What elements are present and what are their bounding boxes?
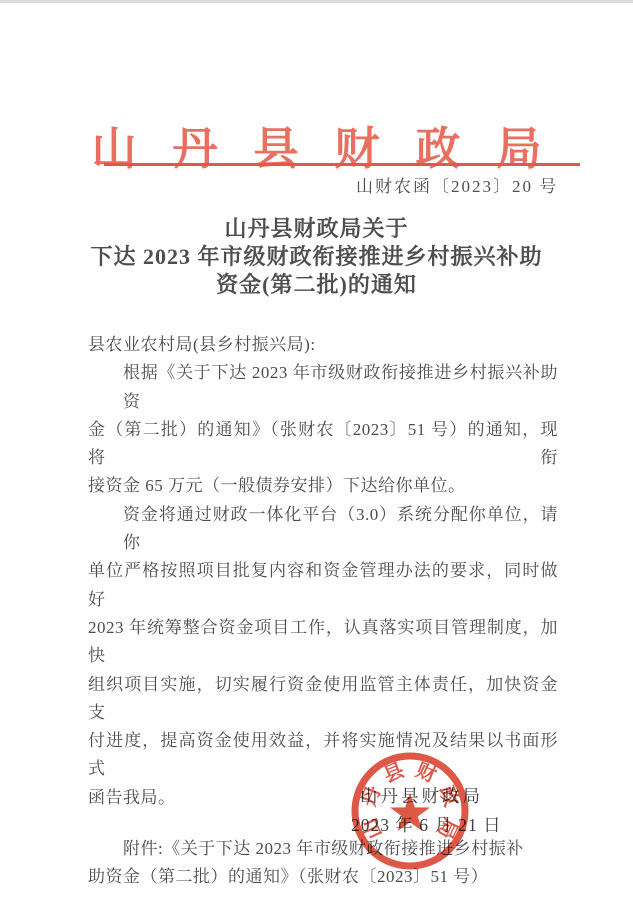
paragraph-1-line-1: 根据《关于下达 2023 年市级财政衔接推进乡村振兴补助资 (88, 359, 558, 416)
signoff-date: 2023 年 6 月 21 日 (351, 811, 502, 840)
paragraph-2-line-1: 资金将通过财政一体化平台（3.0）系统分配你单位，请你 (88, 501, 558, 558)
signoff-block: 山丹县财政局 2023 年 6 月 21 日 (351, 782, 502, 840)
notice-title-line-1: 山丹县财政局关于 (0, 215, 633, 243)
paragraph-2-line-2: 单位严格按照项目批复内容和资金管理办法的要求，同时做好 (88, 557, 558, 614)
paragraph-1-line-2: 金（第二批）的通知》（张财农〔2023〕51 号）的通知，现将衔 (88, 416, 558, 473)
letterhead-agency-name: 山丹县财政局 (0, 112, 633, 177)
paragraph-2-line-5: 付进度，提高资金使用效益，并将实施情况及结果以书面形式 (88, 727, 558, 784)
paragraph-2-line-4: 组织项目实施，切实履行资金使用监管主体责任，加快资金支 (88, 671, 558, 728)
attachment-line-2: 助资金（第二批）的通知》（张财农〔2023〕51 号） (88, 863, 558, 891)
notice-title-line-2: 下达 2023 年市级财政衔接推进乡村振兴补助 (0, 243, 633, 271)
scan-edge-strip (0, 0, 633, 3)
document-page: 山丹县财政局 山财农函〔2023〕20 号 山丹县财政局关于 下达 2023 年… (0, 0, 633, 898)
notice-title-line-3: 资金(第二批)的通知 (0, 271, 633, 299)
letterhead-divider (104, 163, 580, 166)
paragraph-2-line-3: 2023 年统筹整合资金项目工作，认真落实项目管理制度，加快 (88, 614, 558, 671)
document-reference-number: 山财农函〔2023〕20 号 (356, 172, 558, 197)
signoff-agency-name: 山丹县财政局 (351, 782, 502, 811)
paragraph-1-line-3: 接资金 65 万元（一般债券安排）下达给你单位。 (88, 472, 558, 500)
salutation-line: 县农业农村局(县乡村振兴局): (88, 331, 558, 359)
notice-title: 山丹县财政局关于 下达 2023 年市级财政衔接推进乡村振兴补助 资金(第二批)… (0, 215, 633, 299)
